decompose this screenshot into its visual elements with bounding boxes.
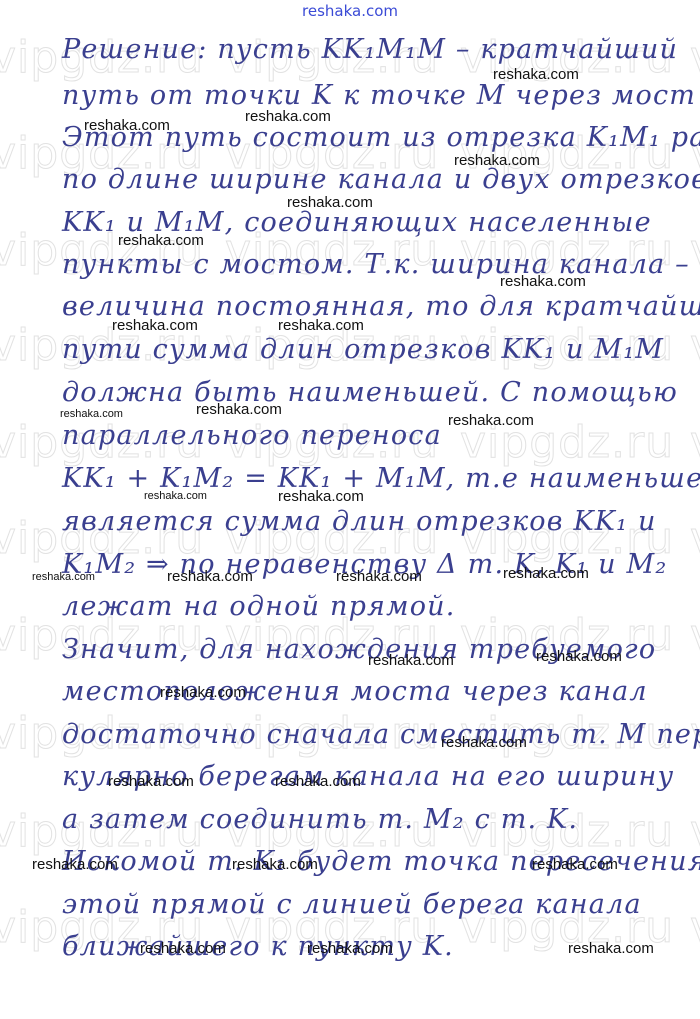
reshaka-watermark: reshaka.com <box>196 401 282 418</box>
reshaka-watermark: reshaka.com <box>140 940 226 957</box>
reshaka-watermark: reshaka.com <box>160 684 246 701</box>
site-watermark-header: reshaka.com <box>0 2 700 20</box>
reshaka-watermark: reshaka.com <box>454 152 540 169</box>
background-watermark: vipgdz.ru <box>690 902 700 953</box>
background-watermark: vipgdz.ru <box>690 225 700 276</box>
solution-line: является сумма длин отрезков KK₁ и <box>62 506 657 537</box>
reshaka-watermark: reshaka.com <box>245 108 331 125</box>
solution-line: должна быть наименьшей. С помощью <box>62 377 678 408</box>
background-watermark: vipgdz.ru <box>690 32 700 83</box>
reshaka-watermark: reshaka.com <box>144 490 207 502</box>
reshaka-watermark: reshaka.com <box>60 408 123 420</box>
reshaka-watermark: reshaka.com <box>493 66 579 83</box>
background-watermark: vipgdz.ru <box>690 417 700 468</box>
reshaka-watermark: reshaka.com <box>336 568 422 585</box>
solution-line: путь от точки K к точке M через мост K₁M… <box>62 80 700 111</box>
solution-line: пути сумма длин отрезков KK₁ и M₁M <box>62 334 664 365</box>
reshaka-watermark: reshaka.com <box>307 940 393 957</box>
reshaka-watermark: reshaka.com <box>500 273 586 290</box>
solution-line: параллельного переноса <box>62 420 442 451</box>
reshaka-watermark: reshaka.com <box>278 488 364 505</box>
reshaka-watermark: reshaka.com <box>278 317 364 334</box>
reshaka-watermark: reshaka.com <box>32 856 118 873</box>
solution-line: местоположения моста через канал <box>62 676 648 707</box>
reshaka-watermark: reshaka.com <box>84 117 170 134</box>
reshaka-watermark: reshaka.com <box>287 194 373 211</box>
background-watermark: vipgdz.ru <box>690 513 700 564</box>
solution-line: по длине ширине канала и двух отрезков <box>62 164 700 195</box>
reshaka-watermark: reshaka.com <box>32 571 95 583</box>
reshaka-watermark: reshaka.com <box>232 856 318 873</box>
background-watermark: vipgdz.ru <box>690 320 700 371</box>
reshaka-watermark: reshaka.com <box>532 856 618 873</box>
solution-line: пункты с мостом. Т.к. ширина канала – <box>62 249 690 280</box>
reshaka-watermark: reshaka.com <box>441 734 527 751</box>
reshaka-watermark: reshaka.com <box>275 773 361 790</box>
reshaka-watermark: reshaka.com <box>503 565 589 582</box>
solution-line: этой прямой с линией берега канала <box>62 889 642 920</box>
solution-line: лежат на одной прямой. <box>62 591 456 622</box>
reshaka-watermark: reshaka.com <box>448 412 534 429</box>
solution-line: а затем соединить т. M₂ с т. K. <box>62 804 578 835</box>
reshaka-watermark: reshaka.com <box>368 652 454 669</box>
background-watermark: vipgdz.ru <box>690 610 700 661</box>
reshaka-watermark: reshaka.com <box>568 940 654 957</box>
reshaka-watermark: reshaka.com <box>108 773 194 790</box>
solution-line: Решение: пусть KK₁M₁M – кратчайший <box>62 34 678 65</box>
solution-line: достаточно сначала сместить т. M перпенд… <box>62 719 700 750</box>
reshaka-watermark: reshaka.com <box>167 568 253 585</box>
reshaka-watermark: reshaka.com <box>536 648 622 665</box>
reshaka-watermark: reshaka.com <box>112 317 198 334</box>
reshaka-watermark: reshaka.com <box>118 232 204 249</box>
solution-line: ближайшего к пункту K. <box>62 931 454 962</box>
